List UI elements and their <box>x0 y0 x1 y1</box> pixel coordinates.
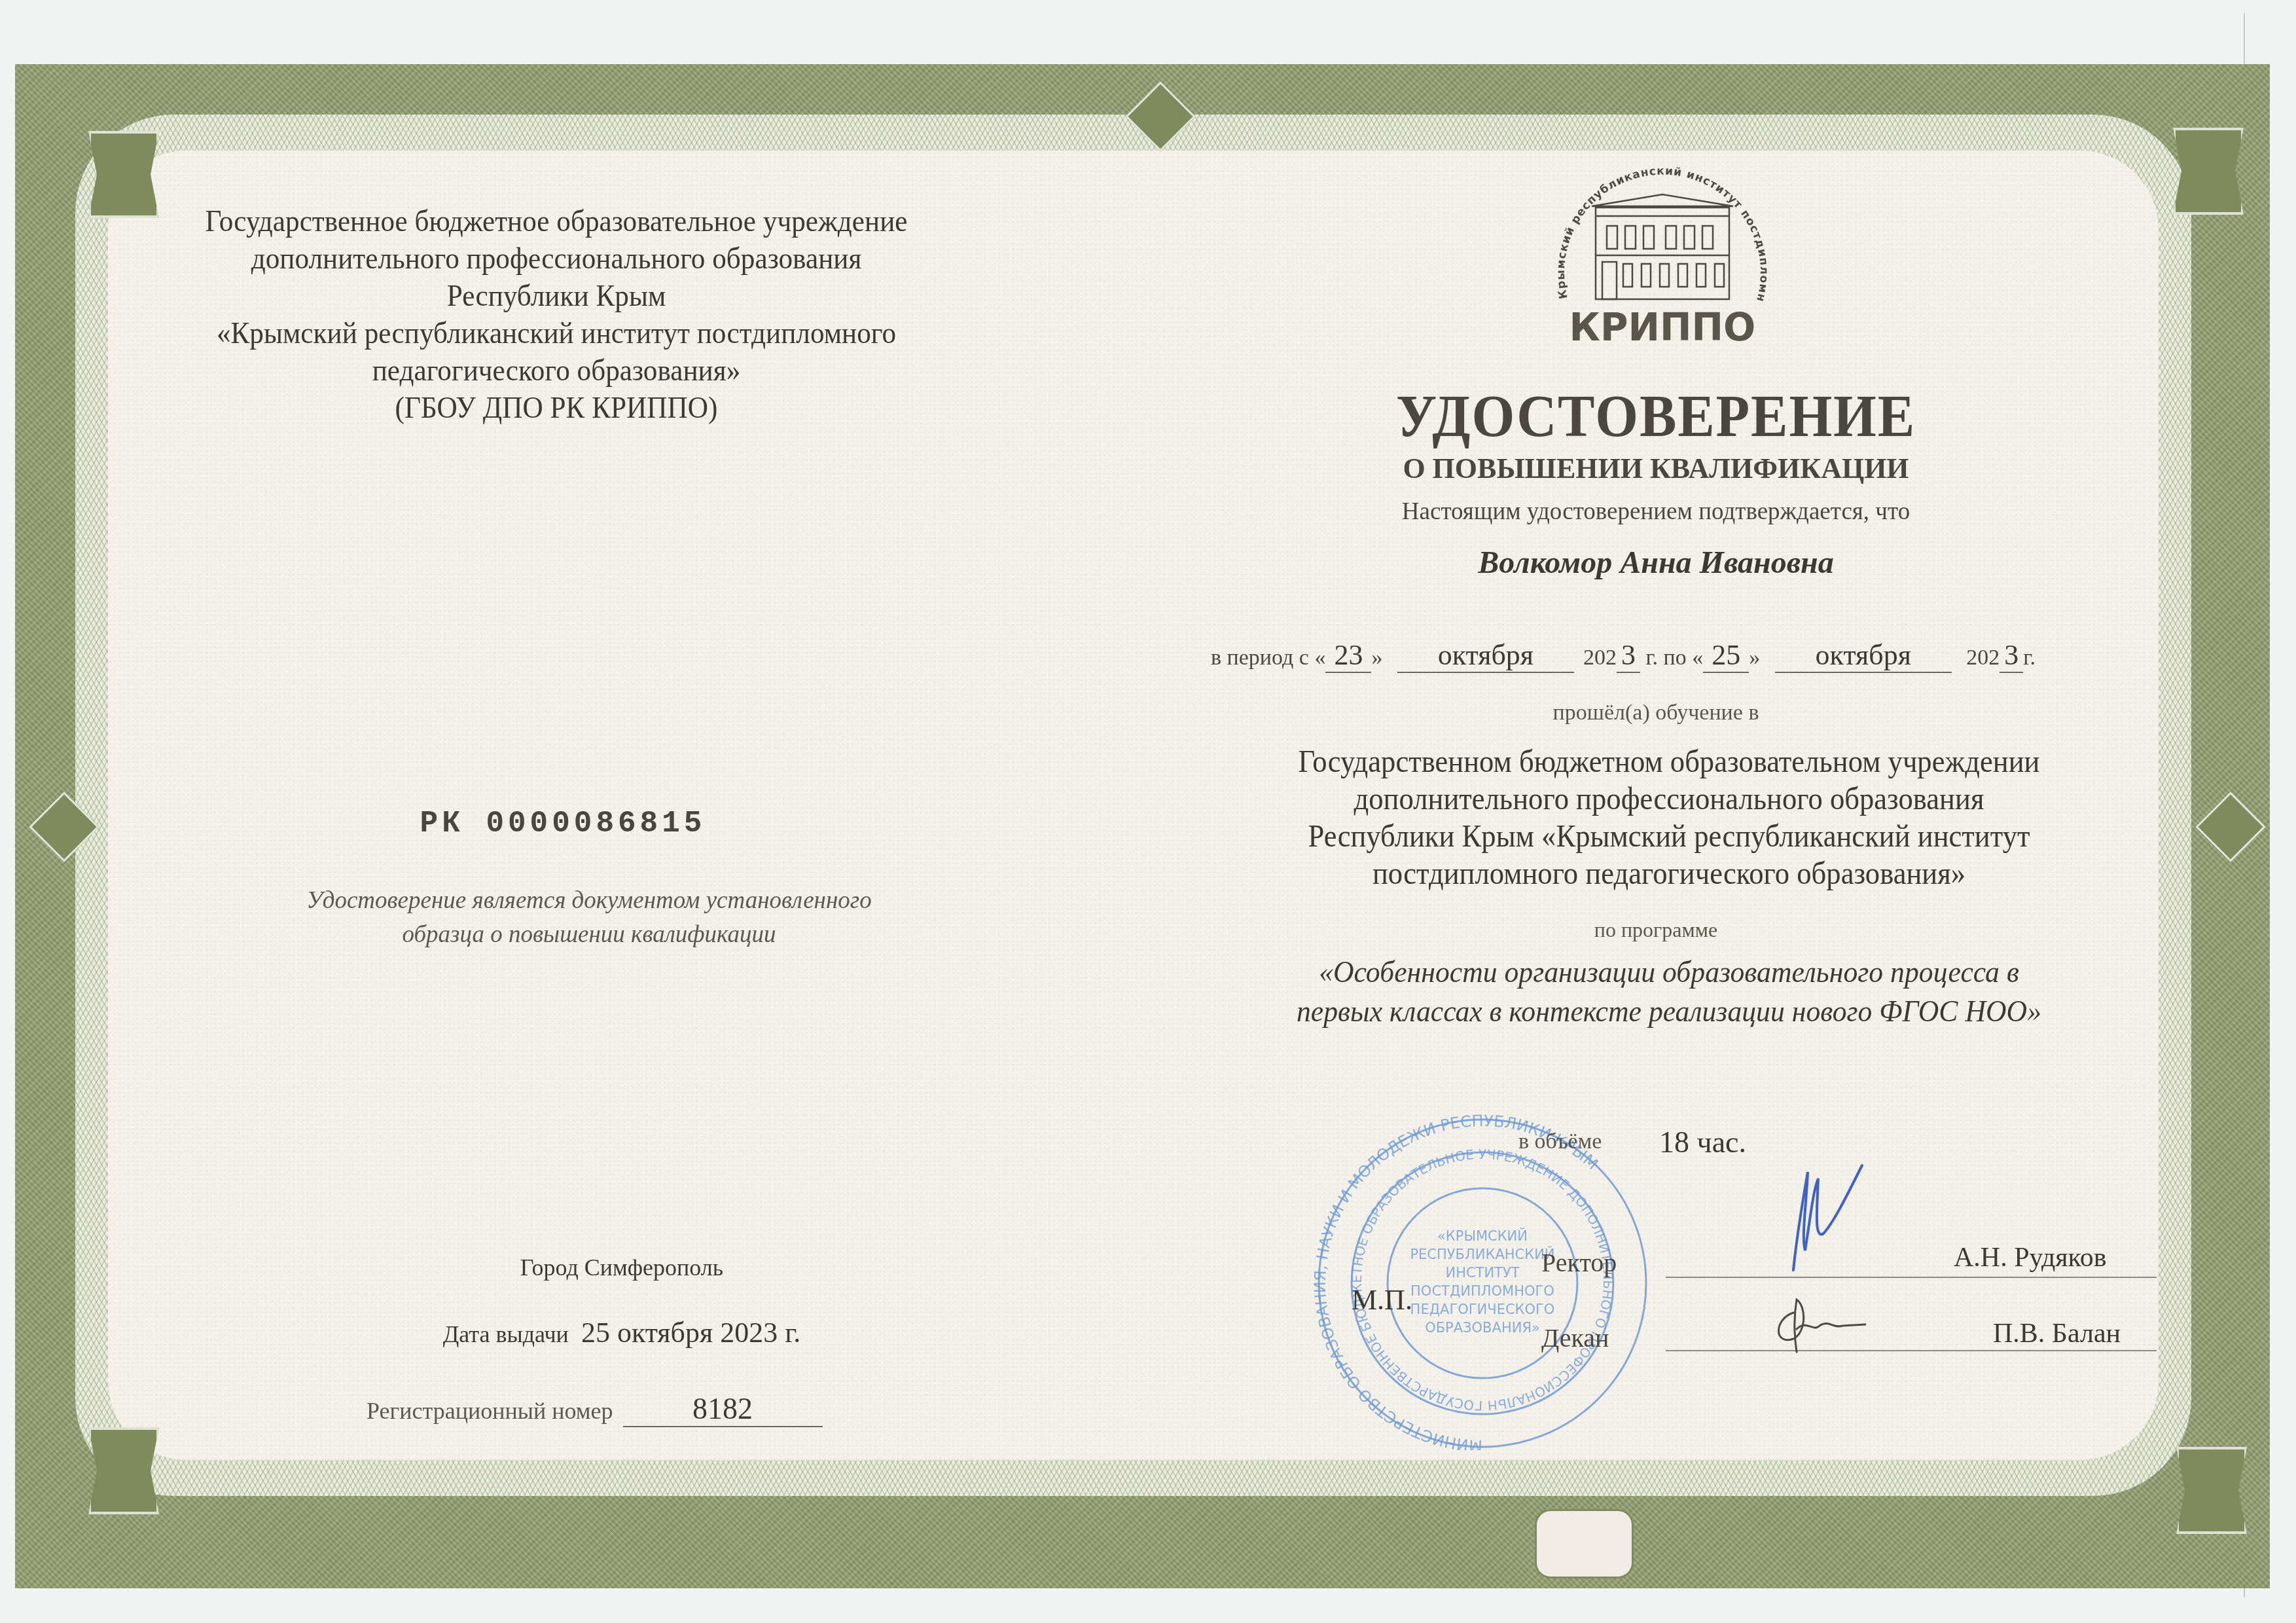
note-line: Удостоверение является документом устано… <box>196 884 982 918</box>
corner-ornament-icon <box>2176 1447 2247 1534</box>
period-prefix: в период с « <box>1211 646 1325 670</box>
issue-city: Город Симферополь <box>327 1254 916 1281</box>
issuer-line: дополнительного профессионального образо… <box>165 240 948 278</box>
registration: Регистрационный номер 8182 <box>367 1391 823 1427</box>
rector-role: Ректор <box>1541 1247 1617 1278</box>
volume-label: в объёме <box>1518 1129 1602 1154</box>
studied-text: прошёл(а) обучение в <box>1283 701 2029 725</box>
institution-line: постдипломного педагогического образован… <box>1225 855 2113 892</box>
dean-signature-line <box>1666 1350 2157 1351</box>
svg-text:КРИППО: КРИППО <box>1570 305 1756 350</box>
document-note: Удостоверение является документом устано… <box>196 884 982 952</box>
building-logo-icon: Крымский республиканский институт постди… <box>1532 134 1793 350</box>
confirm-text: Настоящим удостоверением подтверждается,… <box>1283 498 2029 526</box>
period-to-day: 25 <box>1703 638 1749 673</box>
institution-line: Государственном бюджетном образовательно… <box>1225 743 2113 780</box>
program-title: «Особенности организации образовательног… <box>1213 953 2126 1031</box>
institution-line: дополнительного профессионального образо… <box>1225 780 2113 818</box>
volume-hours: 18 час. <box>1659 1125 1746 1159</box>
program-line: первых классах в контексте реализации но… <box>1213 992 2126 1031</box>
corner-ornament-icon <box>88 131 159 218</box>
period-to-year-prefix: 202 <box>1966 646 2000 670</box>
period-quote: » <box>1749 646 1760 670</box>
holder-name: Волкомор Анна Ивановна <box>1283 545 2029 581</box>
krippo-logo: Крымский республиканский институт постди… <box>1532 134 1793 350</box>
training-institution: Государственном бюджетном образовательно… <box>1225 743 2113 892</box>
issuer-line: Государственное бюджетное образовательно… <box>165 203 948 240</box>
dean-role: Декан <box>1541 1322 1609 1353</box>
certificate-title: УДОСТОВЕРЕНИЕ <box>1313 381 2000 450</box>
program-label: по программе <box>1283 918 2029 942</box>
registration-label: Регистрационный номер <box>367 1398 613 1424</box>
period-to-month: октября <box>1775 638 1952 673</box>
dean-name: П.В. Балан <box>1993 1318 2121 1349</box>
period-from-month: октября <box>1397 638 1574 673</box>
official-stamp: МИНИСТЕРСТВО ОБРАЗОВАНИЯ, НАУКИ И МОЛОДЕ… <box>1306 1110 1659 1450</box>
corner-ornament-icon <box>88 1427 159 1514</box>
period-mid: г. по « <box>1645 646 1703 670</box>
stamp-place-label: М.П. <box>1352 1283 1412 1317</box>
svg-text:«КРЫМСКИЙ: «КРЫМСКИЙ <box>1437 1228 1528 1244</box>
issuer-line: «Крымский республиканский институт постд… <box>165 315 948 352</box>
bottom-cartouche <box>1535 1509 1634 1578</box>
period-from-day: 23 <box>1325 638 1371 673</box>
training-period: в период с «23» октября2023 г. по «25» о… <box>1211 638 2140 673</box>
issuer-line: педагогического образования» <box>165 352 948 390</box>
issue-date-value: 25 октября 2023 г. <box>581 1317 800 1349</box>
handwritten-signature-icon <box>1767 1159 1885 1277</box>
note-line: образца о повышении квалификации <box>196 918 982 952</box>
svg-text:РЕСПУБЛИКАНСКИЙ: РЕСПУБЛИКАНСКИЙ <box>1410 1246 1554 1262</box>
rector-name: А.Н. Рудяков <box>1954 1242 2107 1273</box>
corner-ornament-icon <box>2173 128 2244 215</box>
issuer-line: Республики Крым <box>165 278 948 315</box>
svg-text:ПЕДАГОГИЧЕСКОГО: ПЕДАГОГИЧЕСКОГО <box>1410 1302 1555 1317</box>
serial-number: РК 0000086815 <box>236 807 890 841</box>
svg-text:ОБРАЗОВАНИЯ»: ОБРАЗОВАНИЯ» <box>1425 1320 1540 1336</box>
period-from-year-digit: 3 <box>1617 638 1640 673</box>
svg-text:ИНСТИТУТ: ИНСТИТУТ <box>1445 1265 1519 1281</box>
period-to-year-digit: 3 <box>2000 638 2023 673</box>
issuer-institution: Государственное бюджетное образовательно… <box>165 203 948 427</box>
dean-signature <box>1767 1293 1878 1355</box>
period-from-year-prefix: 202 <box>1583 646 1617 670</box>
rector-signature <box>1767 1159 1885 1277</box>
svg-text:ПОСТДИПЛОМНОГО: ПОСТДИПЛОМНОГО <box>1410 1283 1554 1299</box>
period-quote: » <box>1371 646 1382 670</box>
issue-date: Дата выдачи 25 октября 2023 г. <box>327 1316 916 1349</box>
issuer-line: (ГБОУ ДПО РК КРИППО) <box>165 390 948 427</box>
certificate-subtitle: О ПОВЫШЕНИИ КВАЛИФИКАЦИИ <box>1283 452 2029 485</box>
round-seal-icon: МИНИСТЕРСТВО ОБРАЗОВАНИЯ, НАУКИ И МОЛОДЕ… <box>1306 1110 1659 1450</box>
issue-date-label: Дата выдачи <box>443 1321 569 1347</box>
institution-line: Республики Крым «Крымский республикански… <box>1225 818 2113 855</box>
registration-number: 8182 <box>623 1391 823 1427</box>
period-suffix: г. <box>2023 646 2036 670</box>
rector-signature-line <box>1666 1277 2157 1278</box>
program-line: «Особенности организации образовательног… <box>1213 953 2126 992</box>
handwritten-signature-icon <box>1767 1293 1878 1355</box>
